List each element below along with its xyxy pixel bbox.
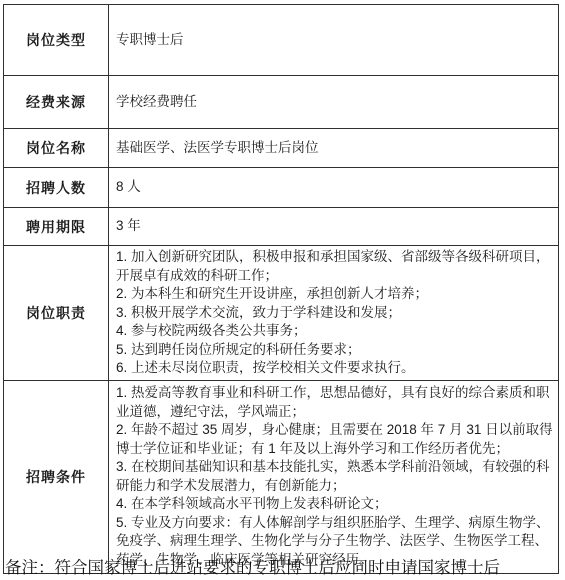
note-label: 备注：	[5, 558, 55, 577]
row-label: 岗位名称	[4, 129, 109, 168]
content-line: 3. 积极开展学术交流，致力于学科建设和发展；	[116, 304, 555, 323]
content-line: 2. 年龄不超过 35 周岁，身心健康；且需要在 2018 年 7 月 31 日…	[116, 421, 555, 458]
row-label: 招聘人数	[4, 168, 109, 208]
row-content: 学校经费聘任	[109, 76, 559, 129]
content-line: 1. 加入创新研究团队，积极申报和承担国家级、省部级等各级科研项目，开展卓有成效…	[116, 248, 555, 285]
row-content: 3 年	[109, 208, 559, 246]
row-content: 1. 热爱高等教育事业和科研工作，思想品德好，具有良好的综合素质和职业道德，遵纪…	[109, 380, 559, 573]
content-line: 4. 参与校院两级各类公共事务；	[116, 322, 555, 341]
table-row: 经费来源学校经费聘任	[4, 76, 559, 129]
job-posting-table: 岗位类型专职博士后经费来源学校经费聘任岗位名称基础医学、法医学专职博士后岗位招聘…	[3, 4, 559, 574]
content-line: 1. 热爱高等教育事业和科研工作，思想品德好，具有良好的综合素质和职业道德，遵纪…	[116, 384, 555, 421]
content-line: 3 年	[116, 217, 555, 236]
content-line: 学校经费聘任	[116, 93, 555, 112]
row-content: 专职博士后	[109, 5, 559, 76]
row-label: 招聘条件	[4, 380, 109, 573]
table-row: 岗位职责1. 加入创新研究团队，积极申报和承担国家级、省部级等各级科研项目，开展…	[4, 246, 559, 381]
content-line: 6. 上述未尽岗位职责，按学校相关文件要求执行。	[116, 359, 555, 378]
content-line: 基础医学、法医学专职博士后岗位	[116, 139, 555, 158]
table-row: 岗位类型专职博士后	[4, 5, 559, 76]
row-content: 1. 加入创新研究团队，积极申报和承担国家级、省部级等各级科研项目，开展卓有成效…	[109, 246, 559, 381]
content-line: 专职博士后	[116, 31, 555, 50]
note-text: 符合国家博士后进站要求的专职博士后应同时申请国家博士后	[55, 558, 501, 577]
content-line: 4. 在本学科领域高水平刊物上发表科研论文；	[116, 495, 555, 514]
note-line: 备注：符合国家博士后进站要求的专职博士后应同时申请国家博士后	[5, 554, 561, 578]
content-line: 8 人	[116, 178, 555, 197]
table-row: 招聘人数8 人	[4, 168, 559, 208]
row-content: 8 人	[109, 168, 559, 208]
row-label: 岗位职责	[4, 246, 109, 381]
table-row: 岗位名称基础医学、法医学专职博士后岗位	[4, 129, 559, 168]
content-line: 5. 达到聘任岗位所规定的科研任务要求；	[116, 341, 555, 360]
row-content: 基础医学、法医学专职博士后岗位	[109, 129, 559, 168]
table-row: 聘用期限3 年	[4, 208, 559, 246]
table-row: 招聘条件1. 热爱高等教育事业和科研工作，思想品德好，具有良好的综合素质和职业道…	[4, 380, 559, 573]
content-line: 3. 在校期间基础知识和基本技能扎实，熟悉本学科前沿领域，有较强的科研能力和学术…	[116, 458, 555, 495]
row-label: 经费来源	[4, 76, 109, 129]
content-line: 2. 为本科生和研究生开设讲座，承担创新人才培养；	[116, 285, 555, 304]
row-label: 聘用期限	[4, 208, 109, 246]
row-label: 岗位类型	[4, 5, 109, 76]
job-posting-page: 岗位类型专职博士后经费来源学校经费聘任岗位名称基础医学、法医学专职博士后岗位招聘…	[0, 0, 565, 580]
